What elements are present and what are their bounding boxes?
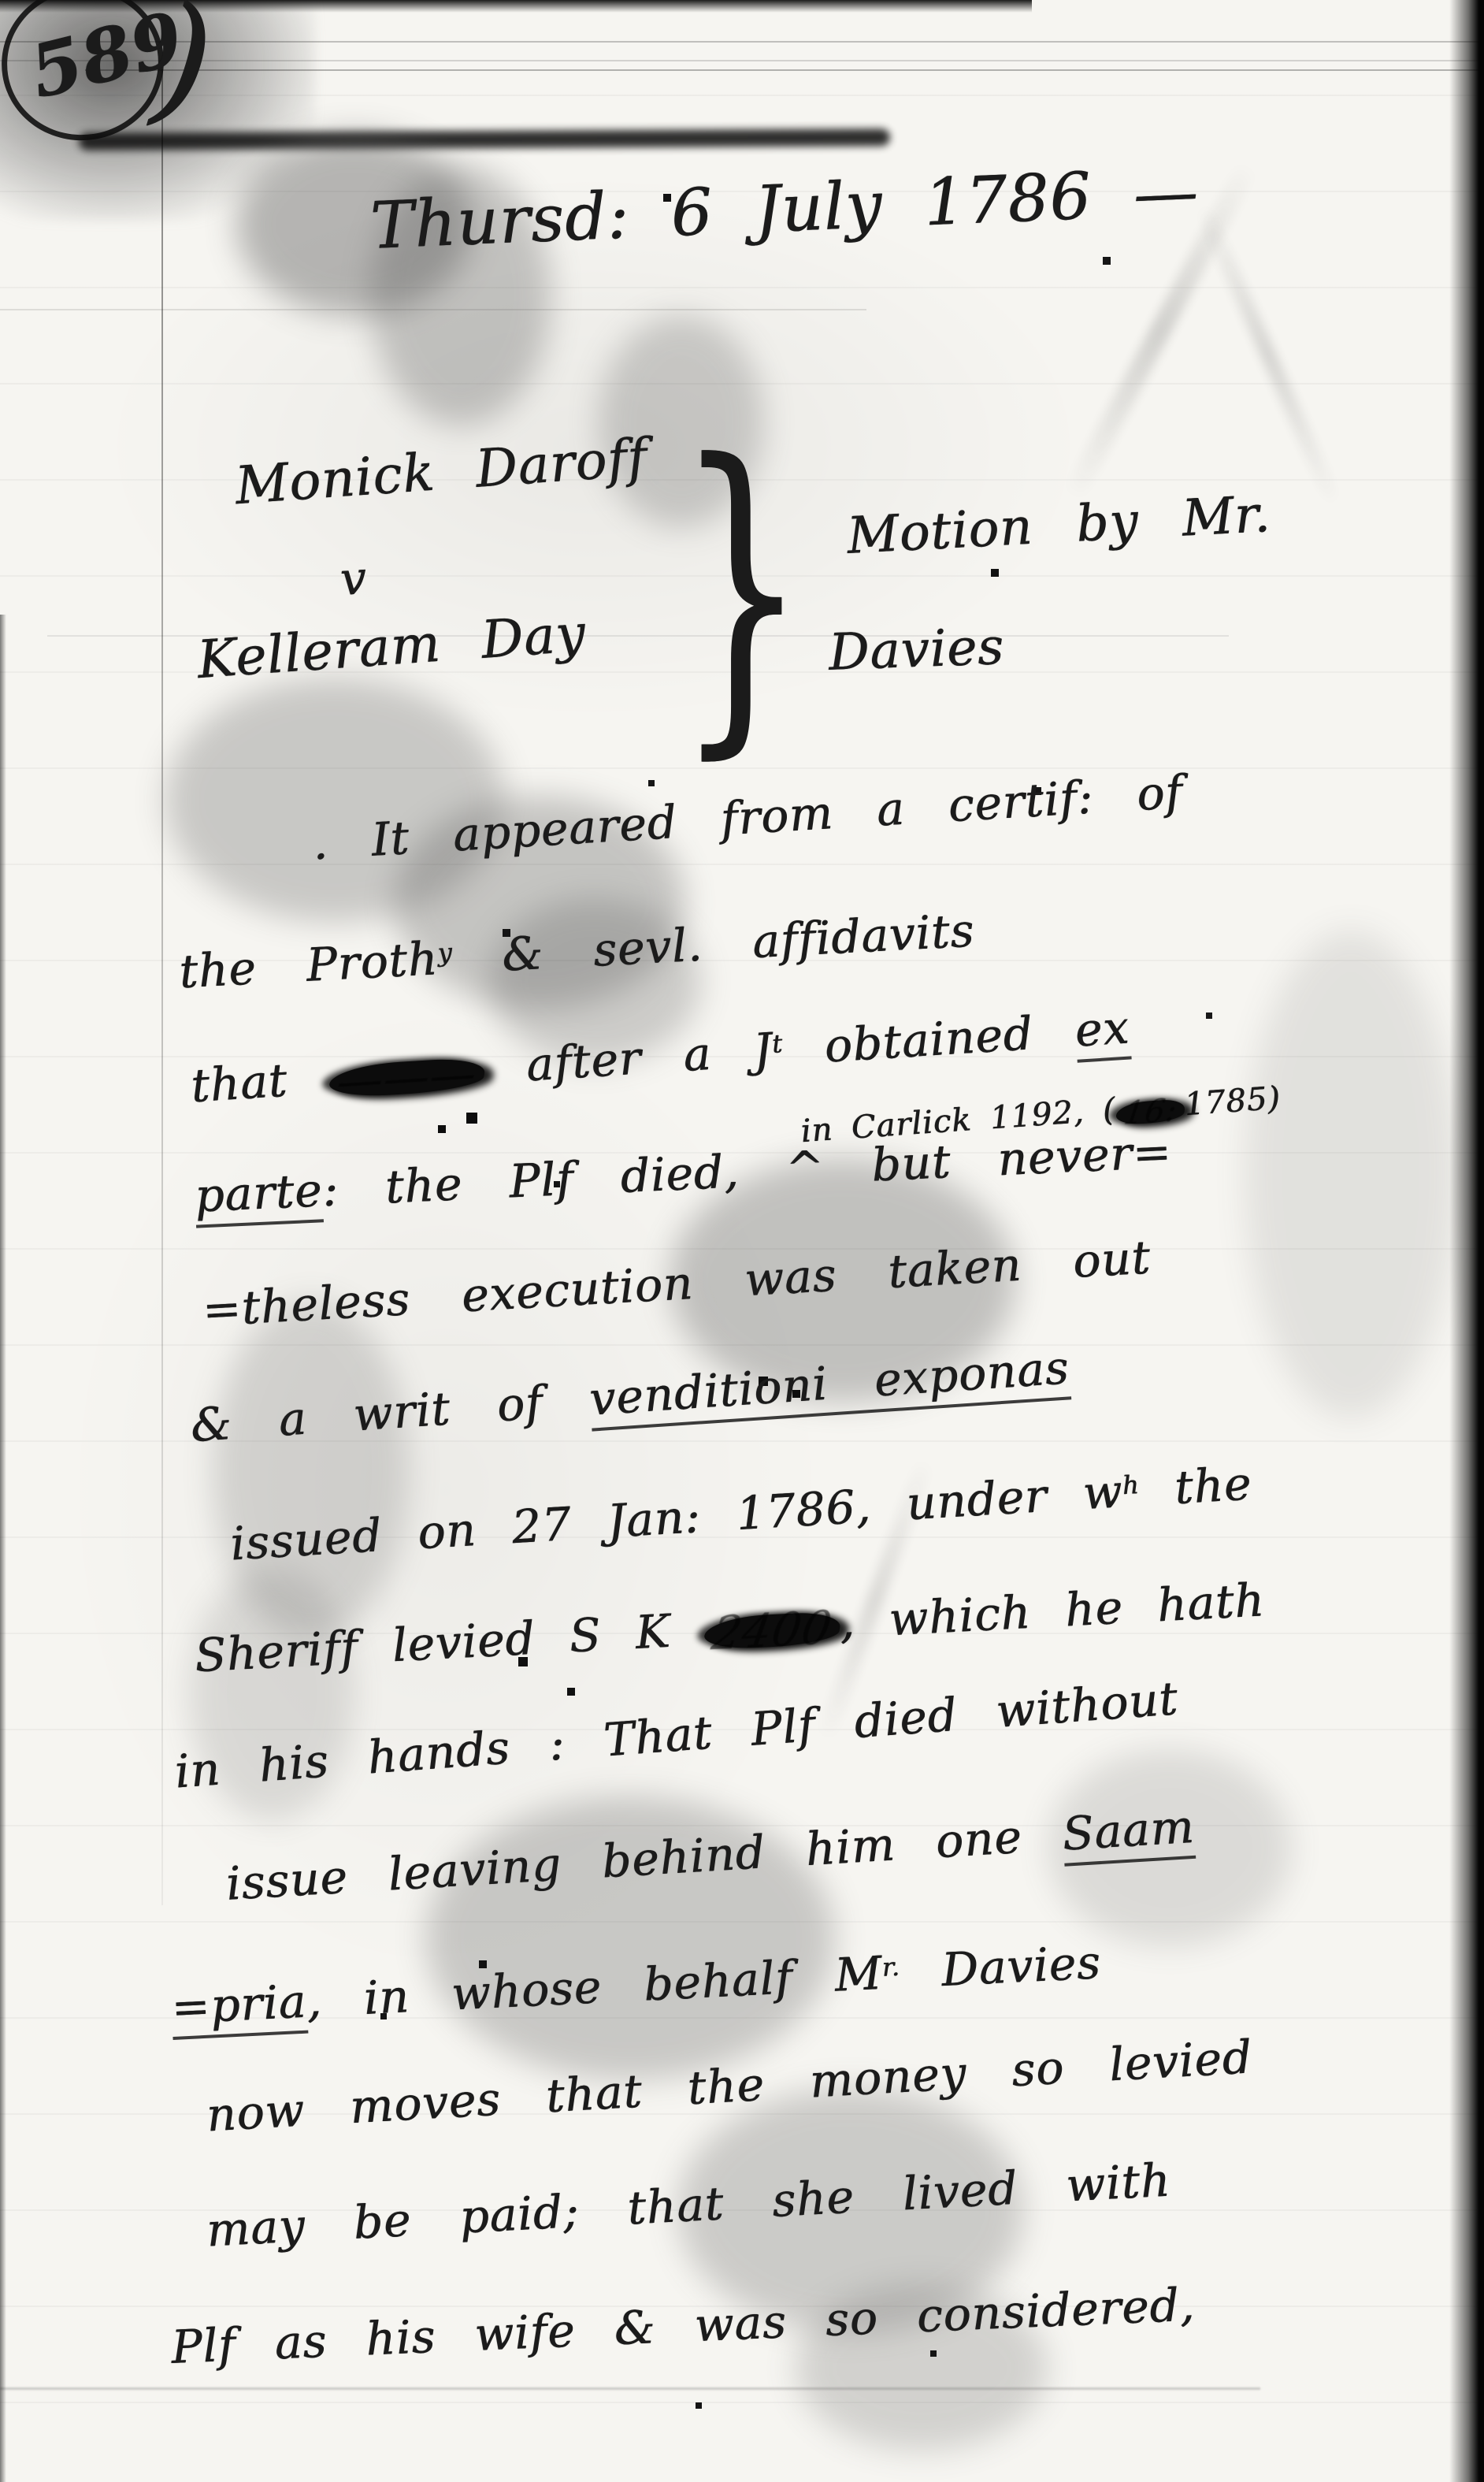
case-versus: v <box>339 551 369 606</box>
ink-blot: ——— <box>327 1057 487 1098</box>
text-segment: =pria <box>170 1975 308 2040</box>
motion-caption-line2: Davies <box>828 618 1005 682</box>
text-segment: obtained <box>781 1004 1077 1076</box>
text-segment: parte <box>194 1163 324 1228</box>
text-segment: Saam <box>1061 1800 1196 1867</box>
text-segment: Sheriff levied S K <box>193 1603 706 1683</box>
manuscript-body: . It appeared from a certif: ofthe Proth… <box>172 794 1456 2405</box>
text-segment: Davies <box>898 1935 1102 1998</box>
manuscript-page: 589 ) Thursd: 6 July 1786 — Monick Darof… <box>0 0 1484 2482</box>
ink-specks <box>0 0 2 2</box>
text-segment: . It appeared from a certif: of <box>311 765 1185 871</box>
case-party-defendant: Kelleram Day <box>195 603 588 690</box>
date-heading: Thursd: 6 July 1786 — <box>369 154 1200 264</box>
text-segment: venditioni exponas <box>588 1340 1071 1431</box>
scan-line <box>0 41 1484 43</box>
text-segment: , in whose behalf M <box>305 1946 883 2028</box>
text-segment: Plf as his wife & was so considered, <box>170 2278 1196 2374</box>
text-segment: & a writ of <box>189 1373 592 1452</box>
text-segment: & sevl. affidavits <box>451 904 976 985</box>
text-segment: issued on 27 Jan: 1786, under w <box>228 1464 1124 1570</box>
margin-rule-line <box>161 69 163 1905</box>
text-segment: the <box>1137 1457 1253 1517</box>
scan-line <box>0 60 1484 61</box>
scan-edge-right <box>1449 0 1484 2482</box>
text-segment: , which he hath <box>838 1573 1266 1648</box>
text-segment: h <box>1122 1470 1140 1500</box>
case-party-plaintiff: Monick Daroff <box>233 427 649 516</box>
text-segment: the Proth <box>178 931 440 998</box>
case-brace: } <box>676 394 807 787</box>
text-segment: y <box>437 937 453 968</box>
text-segment: that <box>189 1050 331 1113</box>
page-rule-line <box>85 69 1484 71</box>
text-segment: ex <box>1074 1001 1132 1063</box>
scan-edge-left <box>0 615 6 2482</box>
text-segment: after a J <box>483 1023 774 1094</box>
text-segment: issue leaving behind him one <box>224 1808 1064 1911</box>
motion-caption-line1: Motion by Mr. <box>845 485 1271 566</box>
text-segment: may be paid; that she lived with <box>205 2153 1171 2257</box>
text-segment: : the Plf died, ^ but never= <box>321 1124 1173 1217</box>
text-segment: r. <box>881 1952 900 1982</box>
ink-blot: 2400 <box>702 1611 842 1650</box>
stain-streak <box>1193 200 1342 509</box>
